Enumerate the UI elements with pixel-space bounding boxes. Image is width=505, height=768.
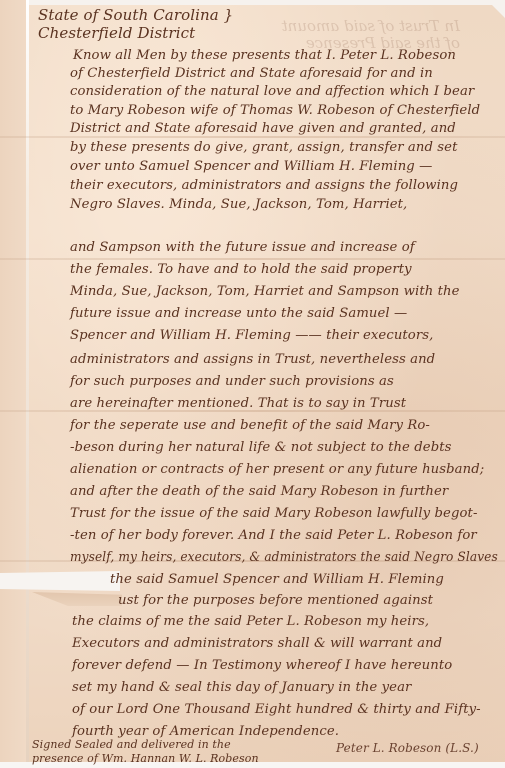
heading-district: Chesterfield District [38, 24, 195, 42]
body-line: consideration of the natural love and af… [70, 84, 474, 99]
heading-state: State of South Carolina } [38, 6, 233, 24]
body-line: myself, my heirs, executors, & administr… [70, 550, 498, 565]
body-line: forever defend — In Testimony whereof I … [72, 658, 452, 673]
manuscript-text: State of South Carolina } Chesterfield D… [0, 0, 505, 768]
body-line: Negro Slaves. Minda, Sue, Jackson, Tom, … [70, 197, 407, 212]
body-line: are hereinafter mentioned. That is to sa… [70, 396, 406, 411]
body-line: and Sampson with the future issue and in… [70, 240, 415, 255]
body-line: by these presents do give, grant, assign… [70, 140, 457, 155]
body-line: -beson during her natural life & not sub… [70, 440, 452, 455]
body-line: the claims of me the said Peter L. Robes… [72, 614, 429, 629]
body-line: to Mary Robeson wife of Thomas W. Robeso… [70, 103, 480, 118]
body-line: for such purposes and under such provisi… [70, 374, 394, 389]
signature: Peter L. Robeson (L.S.) [336, 741, 479, 755]
body-line: fourth year of American Independence. [72, 724, 339, 739]
attestation-line: Signed Sealed and delivered in the [32, 738, 231, 751]
body-line: Trust for the issue of the said Mary Rob… [70, 506, 478, 521]
body-line: Executors and administrators shall & wil… [72, 636, 442, 651]
body-line: Minda, Sue, Jackson, Tom, Harriet and Sa… [70, 284, 460, 299]
body-line: District and State aforesaid have given … [70, 121, 456, 136]
body-line: their executors, administrators and assi… [70, 178, 458, 193]
body-line: of our Lord One Thousand Eight hundred &… [72, 702, 481, 717]
body-line: of Chesterfield District and State afore… [70, 66, 433, 81]
body-line: ust for the purposes before mentioned ag… [118, 593, 433, 608]
body-line: future issue and increase unto the said … [70, 306, 407, 321]
body-line: -ten of her body forever. And I the said… [70, 528, 477, 543]
body-line: the females. To have and to hold the sai… [70, 262, 412, 277]
body-line: administrators and assigns in Trust, nev… [70, 352, 435, 367]
body-line: the said Samuel Spencer and William H. F… [110, 572, 444, 587]
body-line: set my hand & seal this day of January i… [72, 680, 411, 695]
attestation-witnesses: presence of Wm. Hannan W. L. Robeson [32, 752, 259, 765]
body-line: over unto Samuel Spencer and William H. … [70, 159, 432, 174]
body-line: Spencer and William H. Fleming —— their … [70, 328, 433, 343]
body-line: and after the death of the said Mary Rob… [70, 484, 448, 499]
body-line: for the seperate use and benefit of the … [70, 418, 430, 433]
body-line: alienation or contracts of her present o… [70, 462, 484, 477]
body-line: Know all Men by these presents that I. P… [73, 48, 456, 63]
